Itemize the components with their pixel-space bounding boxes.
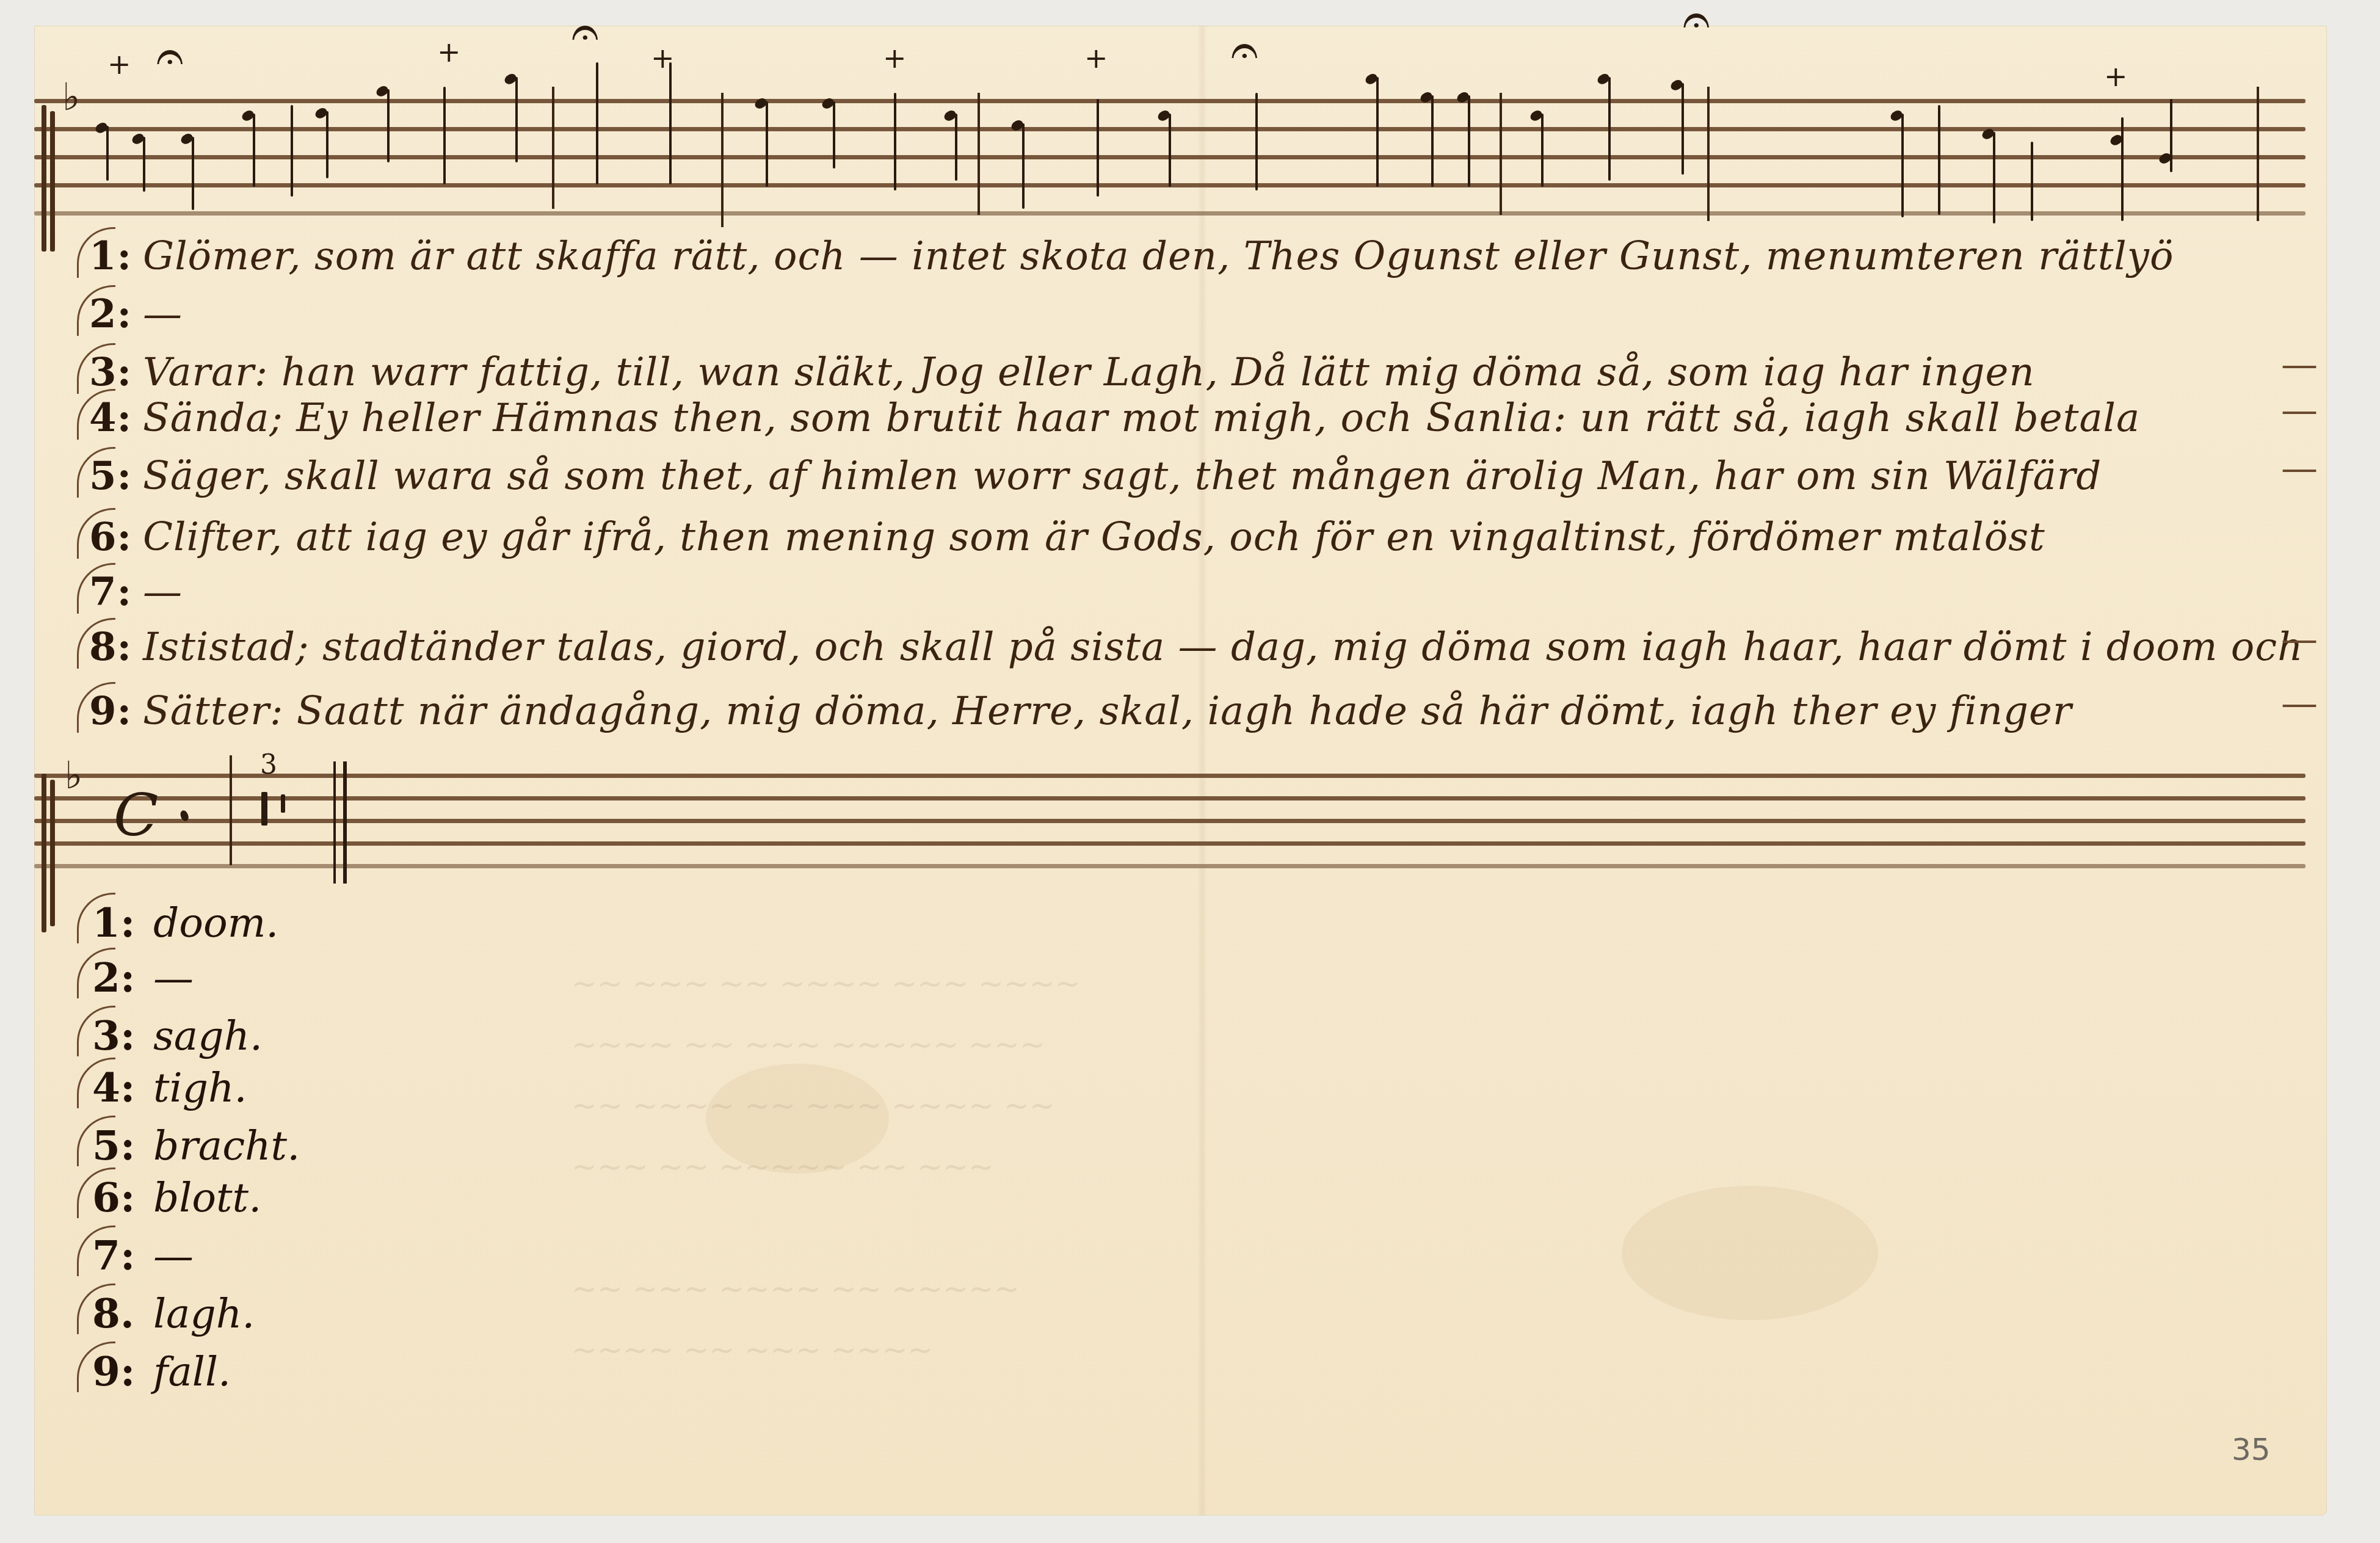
verse-line-7: 7:—	[89, 569, 183, 615]
trill-cross-icon: +	[883, 44, 907, 72]
end-word-9: 9:fall.	[92, 1348, 231, 1395]
flat-icon: ♭	[62, 78, 80, 116]
continuation-dash: —	[2281, 682, 2318, 725]
end-word-3: 3:sagh.	[92, 1012, 263, 1059]
note-stem	[1608, 77, 1611, 181]
continuation-dash: —	[2281, 447, 2318, 490]
note-stem	[143, 137, 145, 192]
fermata-icon: 𝄐	[571, 7, 598, 56]
note-stem	[1431, 95, 1434, 187]
note-stem	[669, 62, 672, 184]
page-number: 35	[2232, 1432, 2271, 1467]
end-word-6: 6:blott.	[92, 1174, 261, 1221]
staff-line	[34, 99, 2306, 103]
paper-stain	[1622, 1186, 1878, 1320]
ending-number: 3	[260, 749, 277, 780]
trill-cross-icon: +	[107, 50, 131, 78]
note-stem	[1255, 93, 1258, 191]
barline	[978, 93, 980, 215]
note-stem	[1901, 114, 1904, 217]
verse-line-8: 8:Ististad; stadtänder talas, giord, och…	[89, 624, 2303, 670]
note-stem	[955, 114, 957, 181]
continuation-dash: —	[2281, 389, 2318, 432]
breve-note-icon	[281, 794, 285, 813]
note-stem	[1022, 123, 1025, 209]
staff-line	[34, 774, 2306, 778]
trill-cross-icon: +	[437, 38, 461, 66]
end-word-5: 5:bracht.	[92, 1122, 300, 1169]
note-stem	[1682, 83, 1684, 175]
note-stem	[596, 62, 598, 184]
end-word-4: 4:tigh.	[92, 1064, 247, 1111]
show-through-text: ~~~~ ~~ ~~~ ~~~~~ ~~~	[571, 1027, 1045, 1062]
end-word-2: 2:—	[92, 954, 194, 1001]
barline	[1707, 87, 1710, 221]
note-stem	[1169, 114, 1171, 187]
show-through-text: ~~~ ~~ ~~~~~ ~~ ~~~	[571, 1149, 994, 1185]
note-stem	[1993, 132, 1995, 223]
note-stem	[833, 101, 835, 169]
show-through-text: ~~ ~~~ ~~~~ ~~ ~~~~~	[571, 1271, 1020, 1307]
staff-1: ♭ 𝄐 + + 𝄐 + + + 𝄐	[34, 99, 2306, 221]
fermata-icon: 𝄐	[1683, 0, 1710, 44]
note-stem	[2170, 99, 2172, 172]
verse-line-1: 1:Glömer, som är att skaffa rätt, och — …	[89, 233, 2174, 279]
note-stem	[443, 87, 446, 184]
note-stem	[515, 77, 518, 162]
staff-2: ♭ C 3	[34, 774, 2306, 896]
continuation-dash: —	[2281, 618, 2318, 661]
note-stem	[106, 126, 109, 181]
note-stem	[2121, 117, 2124, 221]
verse-line-3: 3:Varar: han warr fattig, till, wan släk…	[89, 349, 2035, 395]
fermata-icon: 𝄐	[1231, 26, 1258, 74]
end-word-8: 8.lagh.	[92, 1290, 255, 1337]
barline	[2257, 87, 2259, 221]
note-stem	[1097, 99, 1099, 197]
verse-line-9: 9:Sätter: Saatt när ändagång, mig döma, …	[89, 688, 2072, 734]
note-stem	[894, 93, 896, 191]
c-clef-icon	[42, 105, 46, 252]
note-stem	[1541, 114, 1544, 187]
c-clef-icon	[50, 780, 55, 926]
note-stem	[326, 111, 328, 178]
staff-line	[34, 211, 2306, 216]
flat-icon: ♭	[65, 757, 82, 794]
final-double-barline	[333, 761, 347, 884]
manuscript-page: ~~ ~~~ ~~ ~~~~ ~~~ ~~~~ ~~~~ ~~ ~~~ ~~~~…	[34, 26, 2327, 1516]
verse-line-6: 6:Clifter, att iag ey går ifrå, then men…	[89, 514, 2045, 560]
verse-line-2: 2:—	[89, 291, 183, 337]
continuation-dash: —	[2281, 343, 2318, 386]
end-word-7: 7:—	[92, 1232, 194, 1279]
common-time-icon: C	[114, 786, 158, 844]
note-stem	[1938, 105, 1940, 215]
staff-line	[34, 819, 2306, 823]
repeat-bracket	[230, 755, 232, 865]
breve-note-icon	[261, 792, 267, 826]
show-through-text: ~~~~ ~~ ~~~ ~~~~	[571, 1332, 933, 1368]
show-through-text: ~~ ~~~~ ~~ ~~~ ~~~~ ~~	[571, 1088, 1055, 1124]
note-stem	[291, 105, 293, 197]
trill-cross-icon: +	[1084, 44, 1108, 72]
note-stem	[1468, 95, 1470, 187]
note-stem	[387, 89, 390, 162]
barline	[552, 87, 554, 209]
staff-line	[34, 796, 2306, 801]
verse-line-4: 4:Sända; Ey heller Hämnas then, som brut…	[89, 395, 2140, 441]
staff-line	[34, 864, 2306, 868]
c-clef-icon	[42, 774, 46, 932]
note-stem	[766, 101, 768, 187]
trill-cross-icon: +	[2104, 62, 2128, 90]
fermata-icon: 𝄐	[156, 32, 183, 81]
note-stem	[192, 137, 194, 210]
staff-line	[34, 841, 2306, 846]
barline	[721, 93, 724, 227]
verse-line-5: 5:Säger, skall wara så som thet, af himl…	[89, 453, 2102, 499]
note-stem	[253, 114, 255, 187]
c-clef-icon	[50, 111, 55, 252]
note-stem	[1376, 77, 1379, 187]
note-stem	[2031, 142, 2033, 221]
end-word-1: 1:doom.	[92, 899, 278, 946]
barline	[1500, 93, 1502, 215]
show-through-text: ~~ ~~~ ~~ ~~~~ ~~~ ~~~~	[571, 966, 1081, 1001]
